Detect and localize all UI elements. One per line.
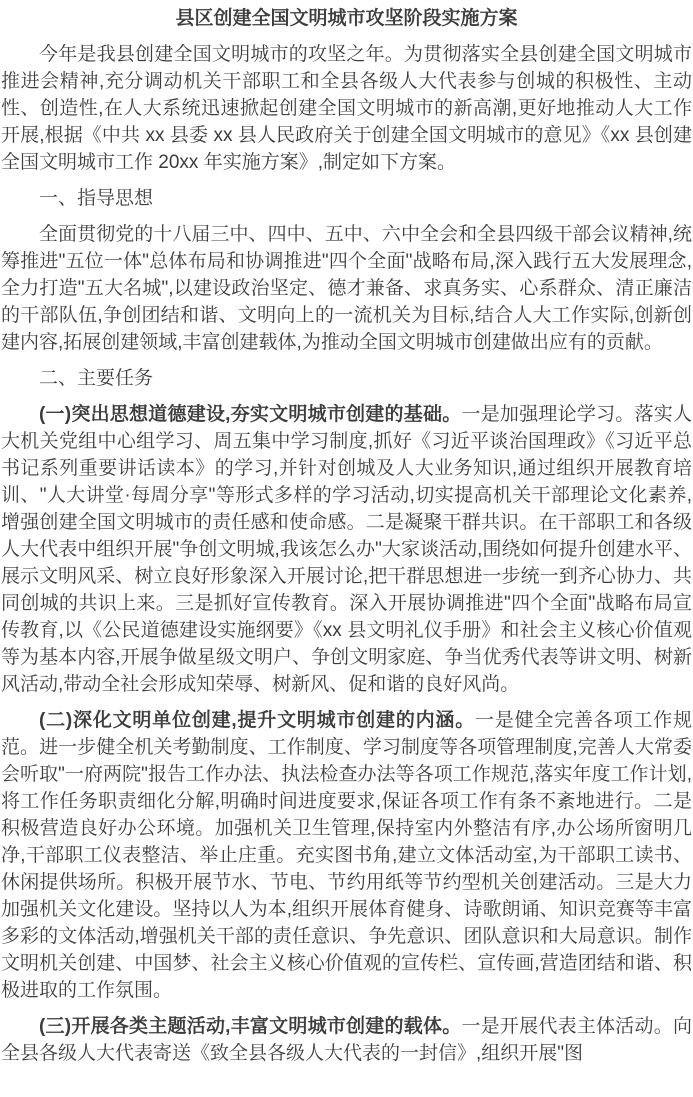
document-title: 县区创建全国文明城市攻坚阶段实施方案 [1,5,692,32]
text-run: 一是健全完善各项工作规范。进一步健全机关考勤制度、工作制度、学习制度等各项管理制… [1,710,692,1001]
paragraph: (一)突出思想道德建设,夯实文明城市创建的基础。一是加强理论学习。落实人大机关党… [1,401,692,698]
paragraph: 今年是我县创建全国文明城市的攻坚之年。为贯彻落实全县创建全国文明城市推进会精神,… [1,41,692,176]
text-run: 今年是我县创建全国文明城市的攻坚之年。为贯彻落实全县创建全国文明城市推进会精神,… [1,44,692,173]
section-heading: 一、指导思想 [1,185,692,212]
paragraph: (三)开展各类主题活动,丰富文明城市创建的载体。一是开展代表主体活动。向全县各级… [1,1013,692,1067]
document-body: 今年是我县创建全国文明城市的攻坚之年。为贯彻落实全县创建全国文明城市推进会精神,… [1,41,692,1067]
text-run: 一是加强理论学习。落实人大机关党组中心组学习、周五集中学习制度,抓好《习近平谈治… [1,404,692,695]
bold-text-run: (三)开展各类主题活动,丰富文明城市创建的载体。 [39,1016,461,1037]
paragraph: (二)深化文明单位创建,提升文明城市创建的内涵。一是健全完善各项工作规范。进一步… [1,707,692,1004]
section-heading: 二、主要任务 [1,365,692,392]
document-page: 县区创建全国文明城市攻坚阶段实施方案 今年是我县创建全国文明城市的攻坚之年。为贯… [0,0,693,1067]
bold-text-run: (一)突出思想道德建设,夯实文明城市创建的基础。 [39,404,461,425]
paragraph: 全面贯彻党的十八届三中、四中、五中、六中全会和全县四级干部会议精神,统筹推进"五… [1,221,692,356]
bold-text-run: (二)深化文明单位创建,提升文明城市创建的内涵。 [39,710,475,731]
text-run: 二、主要任务 [39,368,153,389]
text-run: 一、指导思想 [39,188,153,209]
text-run: 全面贯彻党的十八届三中、四中、五中、六中全会和全县四级干部会议精神,统筹推进"五… [1,224,692,353]
